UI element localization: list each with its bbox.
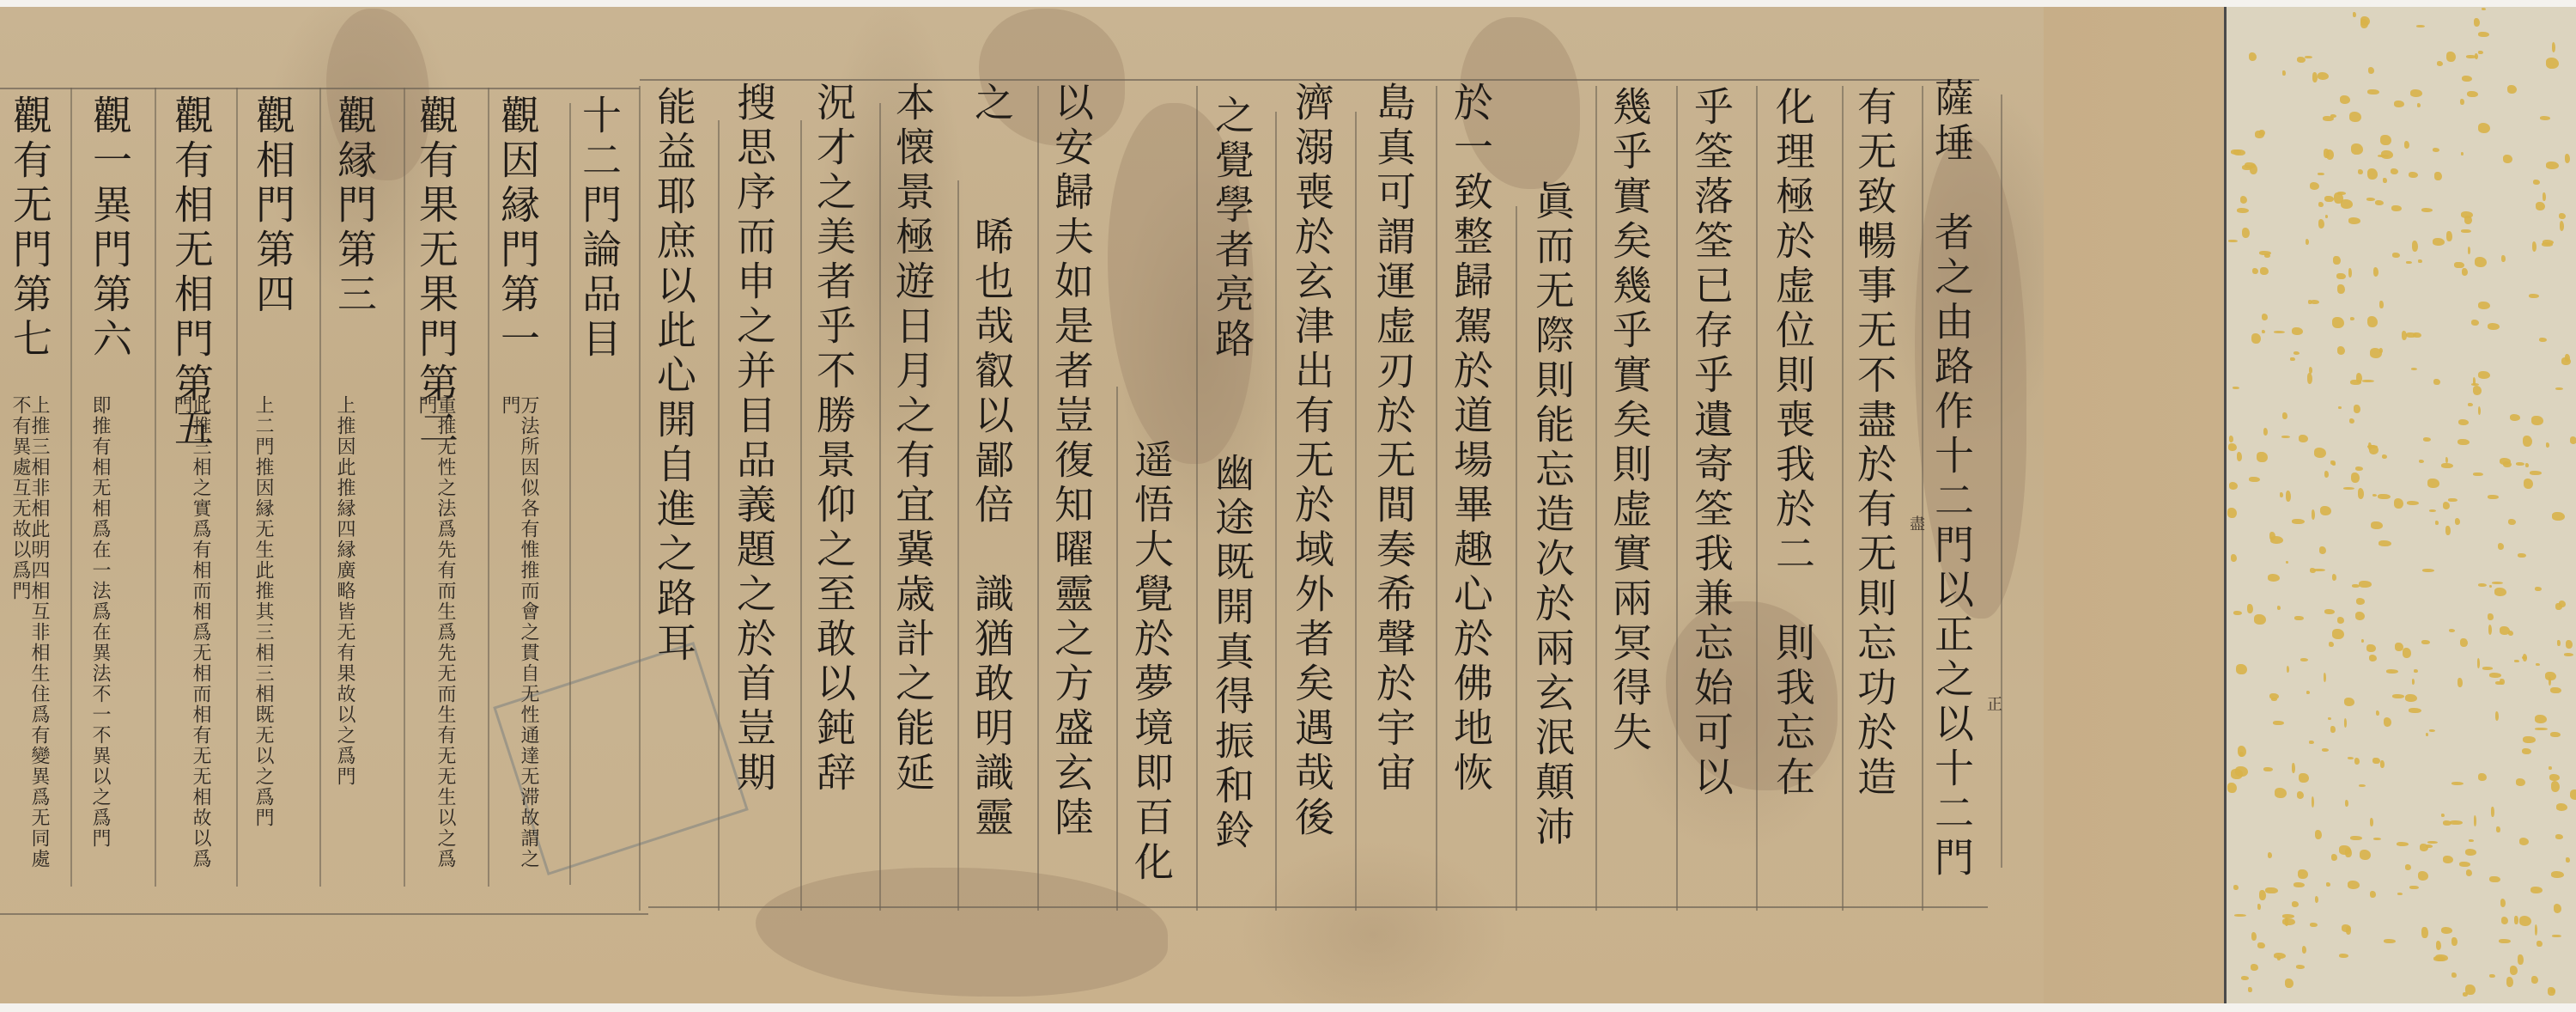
- gold-fleck: [2240, 196, 2248, 204]
- gold-fleck: [2463, 992, 2468, 997]
- gold-fleck: [2443, 856, 2453, 863]
- gold-fleck: [2565, 154, 2570, 163]
- preface-column-4: 乎筌落筌已存乎遺寄筌我兼忘始可以: [1692, 86, 1731, 928]
- gold-fleck: [2367, 168, 2378, 180]
- gold-fleck: [2418, 259, 2422, 263]
- gold-fleck: [2315, 830, 2322, 839]
- gold-fleck: [2332, 317, 2344, 328]
- gold-fleck: [2330, 726, 2336, 734]
- gold-fleck: [2271, 698, 2277, 701]
- chapter-title-4: 觀相門第四: [253, 94, 293, 318]
- gold-fleck: [2559, 213, 2566, 219]
- gold-fleck: [2478, 51, 2483, 54]
- gold-fleck: [2320, 506, 2331, 515]
- gold-fleck: [2329, 642, 2334, 648]
- gold-fleck: [2277, 956, 2281, 960]
- gold-fleck: [2349, 112, 2361, 122]
- gold-fleck: [2339, 845, 2351, 855]
- gold-fleck: [2254, 614, 2266, 625]
- gold-fleck: [2368, 67, 2374, 73]
- gold-fleck: [2441, 927, 2453, 934]
- gold-fleck: [2518, 954, 2524, 966]
- gold-fleck: [2380, 760, 2384, 768]
- column-rule: [639, 86, 641, 911]
- gold-fleck: [2351, 472, 2359, 483]
- gold-fleck: [2315, 896, 2318, 903]
- gold-fleck: [2349, 418, 2354, 423]
- gold-fleck: [2375, 200, 2384, 205]
- gold-fleck: [2257, 452, 2267, 462]
- gold-fleck: [2381, 150, 2393, 159]
- gold-fleck: [2257, 942, 2265, 948]
- gold-fleck: [2402, 331, 2407, 340]
- gold-fleck: [2540, 116, 2550, 119]
- gold-fleck: [2501, 255, 2506, 263]
- gold-fleck: [2324, 196, 2334, 203]
- gold-fleck: [2296, 965, 2305, 968]
- gold-fleck: [2522, 748, 2531, 754]
- gold-fleck: [2499, 939, 2511, 944]
- gold-fleck: [2416, 25, 2425, 27]
- gold-fleck: [2482, 667, 2493, 669]
- gold-fleck: [2379, 301, 2383, 308]
- chapter-note-5: 此推三相之實爲有相而相爲无相而相有无无相故以爲門: [172, 395, 210, 876]
- gold-fleck: [2549, 774, 2561, 782]
- gold-fleck: [2231, 554, 2237, 562]
- column-rule: [1355, 112, 1357, 911]
- gold-fleck: [2462, 268, 2468, 276]
- gold-fleck: [2314, 448, 2326, 458]
- gold-fleck: [2429, 729, 2435, 732]
- gold-fleck: [2360, 19, 2368, 28]
- gold-fleck: [2518, 553, 2525, 558]
- manuscript-scroll: 薩埵 者之由路作十二門以正之以十二門 正 有无致暢事无不盡於有无則忘功於造 盡 …: [0, 0, 2576, 1012]
- gold-fleck: [2435, 521, 2439, 525]
- gold-fleck: [2525, 463, 2529, 467]
- gold-fleck: [2495, 711, 2499, 720]
- gold-fleck: [2550, 732, 2561, 737]
- gold-fleck: [2382, 454, 2387, 459]
- gold-fleck: [2312, 509, 2315, 519]
- paper-backing-strip: [2044, 7, 2224, 1003]
- gold-fleck: [2306, 239, 2310, 245]
- gold-fleck: [2287, 666, 2290, 674]
- gold-fleck: [2370, 348, 2382, 358]
- gold-fleck: [2412, 679, 2415, 685]
- gold-fleck: [2535, 715, 2547, 723]
- gold-fleck: [2249, 52, 2257, 61]
- gold-fleck: [2360, 850, 2371, 860]
- chapter-title-1: 觀因縁門第一: [498, 94, 538, 363]
- gold-fleck: [2489, 974, 2495, 978]
- gold-fleck: [2370, 891, 2375, 898]
- gold-fleck: [2292, 763, 2295, 773]
- gold-fleck: [2516, 462, 2524, 466]
- gold-fleck: [2361, 639, 2364, 643]
- gold-fleck: [2344, 698, 2354, 706]
- gold-fleck: [2273, 721, 2283, 725]
- gold-fleck: [2306, 691, 2310, 693]
- gold-fleck: [2358, 169, 2363, 174]
- gold-fleck: [2358, 488, 2364, 498]
- gold-fleck: [2280, 492, 2283, 497]
- gold-fleck: [2449, 629, 2456, 632]
- gold-fleck: [2523, 436, 2532, 447]
- gold-fleck: [2411, 368, 2418, 370]
- gold-fleck: [2386, 669, 2397, 674]
- gold-fleck: [2406, 261, 2412, 265]
- gold-fleck: [2383, 178, 2387, 183]
- column-rule: [879, 103, 881, 911]
- gold-fleck: [2281, 436, 2291, 439]
- gold-fleck: [2227, 783, 2237, 794]
- gold-fleck: [2249, 477, 2260, 483]
- gold-fleck: [2446, 231, 2451, 241]
- gold-fleck: [2510, 414, 2520, 421]
- gold-fleck: [2543, 192, 2545, 200]
- preface-column-1: 薩埵 者之由路作十二門以正之以十二門: [1932, 77, 1971, 919]
- gold-fleck: [2351, 143, 2363, 155]
- gold-fleck: [2500, 899, 2506, 906]
- gold-fleck: [2455, 518, 2460, 525]
- gold-fleck: [2367, 316, 2378, 327]
- gold-fleck: [2392, 253, 2400, 258]
- gold-fleck: [2324, 673, 2326, 682]
- gold-fleck: [2325, 215, 2329, 218]
- gold-fleck: [2417, 103, 2421, 107]
- gold-fleck: [2434, 172, 2441, 180]
- gold-fleck: [2536, 202, 2545, 210]
- gold-fleck: [2458, 439, 2470, 445]
- gold-fleck: [2433, 238, 2445, 246]
- margin-gloss: 正: [1985, 696, 2001, 712]
- gold-fleck: [2529, 294, 2539, 298]
- column-rule: [1676, 86, 1678, 911]
- gold-fleck: [2478, 302, 2490, 309]
- gold-fleck: [2344, 718, 2348, 728]
- gold-fleck: [2233, 387, 2239, 389]
- column-rule: [1196, 86, 1198, 911]
- gold-fleck: [2345, 800, 2348, 806]
- gold-fleck: [2530, 887, 2543, 893]
- gold-fleck: [2458, 678, 2463, 687]
- gold-fleck: [2338, 406, 2342, 409]
- preface-column-14: 本懐景極遊日月之有宜冀歳計之能延: [893, 82, 933, 924]
- gold-fleck: [2473, 386, 2482, 395]
- gold-fleck: [2260, 267, 2269, 276]
- gold-fleck: [2459, 862, 2470, 867]
- gold-fleck: [2286, 561, 2288, 564]
- gold-fleck: [2282, 70, 2286, 76]
- gold-fleck: [2469, 839, 2474, 843]
- column-rule: [1756, 86, 1758, 911]
- gold-fleck: [2443, 820, 2451, 825]
- gold-fleck: [2242, 228, 2249, 237]
- gold-fleck: [2570, 436, 2576, 444]
- gold-fleck: [2467, 91, 2478, 97]
- gold-fleck: [2233, 885, 2239, 891]
- gold-fleck: [2488, 613, 2493, 620]
- gold-fleck: [2370, 818, 2373, 827]
- preface-column-12: 以安歸夫如是者豈復知曜靈之方盛玄陸: [1052, 82, 1091, 924]
- gold-fleck: [2433, 956, 2445, 961]
- column-rule: [800, 120, 802, 911]
- gold-fleck: [2433, 379, 2440, 385]
- gold-fleck: [2252, 268, 2258, 273]
- chapter-title-7: 觀有无門第七: [10, 94, 50, 363]
- gold-fleck: [2555, 834, 2563, 839]
- gold-fleck: [2524, 479, 2534, 489]
- gold-fleck: [2366, 198, 2375, 200]
- gold-fleck: [2355, 466, 2363, 471]
- gold-fleck: [2354, 758, 2360, 765]
- gold-fleck: [2362, 380, 2374, 382]
- gold-fleck: [2460, 99, 2464, 105]
- gold-fleck: [2262, 314, 2268, 320]
- preface-column-3: 化理極於虚位則喪我於二 則我忘在: [1773, 86, 1813, 928]
- gold-fleck: [2247, 604, 2252, 613]
- gold-fleck: [2299, 435, 2307, 442]
- gold-fleck: [2392, 694, 2404, 698]
- column-rule: [155, 88, 156, 887]
- gold-fleck: [2412, 241, 2418, 252]
- gold-fleck: [2564, 653, 2573, 656]
- gold-fleck: [2355, 612, 2365, 619]
- gold-fleck: [2236, 664, 2247, 675]
- gold-fleck: [2556, 803, 2568, 811]
- gold-fleck: [2318, 72, 2330, 80]
- gold-fleck: [2318, 202, 2324, 207]
- gold-fleck: [2248, 987, 2251, 992]
- preface-column-9: 濟溺喪於玄津出有无於域外者矣遇哉後: [1292, 82, 1332, 924]
- gold-fleck: [2451, 782, 2464, 785]
- gold-fleck: [2488, 323, 2499, 329]
- gold-fleck: [2229, 482, 2238, 490]
- column-rule: [236, 88, 238, 887]
- gold-fleck: [2255, 131, 2263, 138]
- gold-fleck: [2419, 460, 2424, 463]
- gold-fleck: [2359, 784, 2366, 787]
- column-rule: [1842, 86, 1844, 911]
- gold-fleck: [2282, 918, 2294, 926]
- gold-fleck: [2380, 135, 2391, 145]
- preface-column-11: 遥悟大覺於夢境即百化: [1132, 82, 1171, 924]
- gold-fleck: [2466, 869, 2472, 876]
- gold-fleck: [2299, 773, 2309, 783]
- gold-fleck: [2533, 180, 2540, 185]
- preface-column-2: 有无致暢事无不盡於有无則忘功於造: [1855, 86, 1894, 928]
- preface-column-6: 眞而无際則能忘造次於兩玄泯顛沛: [1533, 180, 1572, 936]
- gold-fleck: [2384, 717, 2391, 726]
- gold-fleck: [2478, 371, 2490, 379]
- gold-fleck: [2451, 972, 2456, 978]
- gold-fleck: [2268, 852, 2272, 857]
- gold-fleck: [2231, 149, 2242, 155]
- gold-fleck: [2294, 616, 2304, 621]
- column-rule: [70, 88, 72, 887]
- gold-fleck: [2336, 273, 2345, 279]
- gold-fleck: [2427, 479, 2439, 488]
- gold-fleck: [2523, 736, 2536, 744]
- gold-fleck: [2535, 728, 2547, 730]
- gold-fleck: [2290, 357, 2294, 361]
- gold-fleck: [2550, 687, 2561, 693]
- gold-fleck: [2251, 333, 2261, 344]
- gold-fleck: [2228, 443, 2237, 452]
- gold-fleck: [2474, 18, 2480, 27]
- column-rule: [319, 88, 321, 887]
- gold-fleck: [2337, 284, 2345, 294]
- gold-fleck: [2516, 778, 2525, 786]
- gold-fleck: [2332, 629, 2344, 639]
- gold-fleck: [2468, 403, 2473, 406]
- gold-fleck: [2371, 521, 2383, 529]
- gold-fleck: [2437, 61, 2444, 66]
- margin-gloss: 盡: [1908, 515, 1923, 532]
- gold-fleck: [2557, 640, 2560, 646]
- gold-fleck: [2262, 330, 2265, 333]
- gold-fleck: [2359, 581, 2372, 588]
- gold-fleck: [2328, 717, 2331, 720]
- gold-fleck: [2367, 89, 2379, 95]
- gold-fleck: [2298, 869, 2307, 879]
- gold-fleck: [2404, 141, 2409, 149]
- gold-fleck: [2337, 346, 2346, 355]
- gold-fleck: [2465, 849, 2476, 856]
- gold-fleck: [2312, 72, 2317, 82]
- gold-fleck: [2498, 543, 2504, 549]
- gold-fleck: [2332, 462, 2336, 466]
- gold-fleck: [2494, 588, 2506, 596]
- gold-fleck: [2394, 498, 2403, 509]
- gold-fleck: [2305, 56, 2312, 58]
- preface-column-8: 島真可謂運虚刃於无間奏希聲於宇宙: [1374, 82, 1413, 924]
- gold-fleck: [2488, 495, 2499, 500]
- gold-fleck: [2422, 569, 2434, 572]
- gold-fleck: [2312, 796, 2314, 808]
- gold-fleck: [2546, 58, 2559, 68]
- column-rule: [1922, 86, 1923, 911]
- gold-fleck: [2537, 941, 2543, 948]
- gold-fleck: [2309, 367, 2312, 374]
- gold-fleck: [2270, 536, 2283, 544]
- column-rule: [1595, 86, 1597, 911]
- gold-fleck: [2228, 240, 2238, 243]
- gold-fleck: [2460, 638, 2468, 647]
- gold-fleck: [2559, 600, 2566, 607]
- gold-fleck: [2413, 332, 2421, 338]
- column-rule: [1037, 86, 1039, 911]
- gold-fleck: [2551, 781, 2560, 791]
- gold-fleck: [2350, 380, 2362, 386]
- gold-fleck: [2339, 954, 2348, 958]
- gold-fleck: [2536, 663, 2540, 666]
- gold-fleck: [2489, 876, 2500, 883]
- gold-fleck: [2543, 240, 2554, 245]
- gold-fleck: [2531, 976, 2538, 984]
- column-rule: [404, 88, 405, 887]
- gold-fleck: [2546, 442, 2550, 448]
- chapter-note-7: 上推三相非相此明四相互非相生住爲有變異爲无同處不有異處互无故以爲門: [10, 395, 48, 876]
- column-rule: [1275, 112, 1277, 911]
- gold-fleck: [2334, 192, 2342, 204]
- gold-fleck: [2566, 857, 2569, 863]
- gold-fleck: [2227, 508, 2237, 518]
- gold-fleck: [2366, 644, 2375, 652]
- gold-fleck: [2348, 217, 2360, 223]
- gold-fleck: [2350, 317, 2355, 320]
- gold-fleck: [2429, 509, 2436, 512]
- gold-fleck: [2318, 219, 2325, 229]
- gold-fleck: [2458, 419, 2469, 424]
- gold-fleck: [2508, 519, 2516, 525]
- gold-fleck: [2251, 932, 2257, 941]
- gold-fleck: [2421, 640, 2430, 644]
- gold-fleck: [2292, 327, 2303, 335]
- gold-fleck: [2539, 338, 2547, 342]
- bottom-rule: [0, 913, 648, 915]
- gold-fleck: [2560, 221, 2564, 231]
- gold-fleck: [2495, 681, 2503, 685]
- preface-column-13: 之 晞也哉叡以鄙倍 識猶敢明識靈: [972, 82, 1012, 924]
- gold-fleck: [2268, 574, 2280, 582]
- gold-fleck: [2530, 471, 2542, 475]
- gold-fleck: [2451, 937, 2458, 946]
- gold-fleck: [2535, 924, 2537, 936]
- gold-fleck: [2535, 587, 2542, 591]
- chapter-title-6: 觀一異門第六: [90, 94, 130, 363]
- gold-fleck: [2565, 354, 2570, 362]
- gold-fleck: [2231, 769, 2243, 779]
- gold-fleck: [2407, 501, 2420, 505]
- gold-fleck: [2250, 164, 2257, 174]
- gold-fleck: [2514, 660, 2519, 663]
- preface-column-5: 幾乎實矣幾乎實矣則虚實兩冥得失: [1610, 86, 1649, 928]
- gold-fleck: [2468, 247, 2471, 254]
- gold-fleck: [2482, 8, 2487, 10]
- gold-fleck: [2566, 640, 2573, 649]
- gold-fleck: [2445, 457, 2448, 463]
- gold-fleck: [2409, 886, 2419, 890]
- gold-fleck: [2332, 574, 2336, 581]
- preface-column-16: 搜思序而申之并目品義題之於首豈期: [734, 82, 774, 924]
- gold-fleck: [2506, 977, 2513, 987]
- gold-fleck: [2263, 428, 2268, 435]
- gold-fleck: [2356, 598, 2365, 605]
- gold-fleck: [2372, 494, 2378, 497]
- gold-fleck: [2478, 583, 2487, 587]
- gold-fleck: [2496, 826, 2500, 832]
- gold-fleck: [2340, 95, 2350, 104]
- chapter-note-6: 即推有相无相爲在一法爲在異法不一不異以之爲門: [90, 395, 109, 876]
- gold-fleck: [2337, 617, 2344, 624]
- chapter-title-3: 觀縁門第三: [335, 94, 374, 318]
- gold-fleck: [2333, 256, 2341, 265]
- gold-fleck: [2570, 789, 2576, 800]
- gold-fleck: [2310, 182, 2319, 190]
- gold-fleck: [2500, 626, 2510, 635]
- gold-fleck: [2285, 978, 2293, 989]
- gold-fleck: [2237, 452, 2242, 461]
- gold-fleck: [2445, 526, 2450, 535]
- gold-fleck: [2251, 964, 2258, 972]
- gold-fleck: [2488, 625, 2492, 635]
- preface-column-7: 於一致整歸駕於道場畢趣心於佛地恢: [1451, 82, 1491, 924]
- gold-fleck: [2555, 387, 2563, 390]
- gold-fleck: [2552, 42, 2555, 52]
- gold-fleck: [2443, 502, 2450, 509]
- gold-fleck: [2379, 540, 2391, 546]
